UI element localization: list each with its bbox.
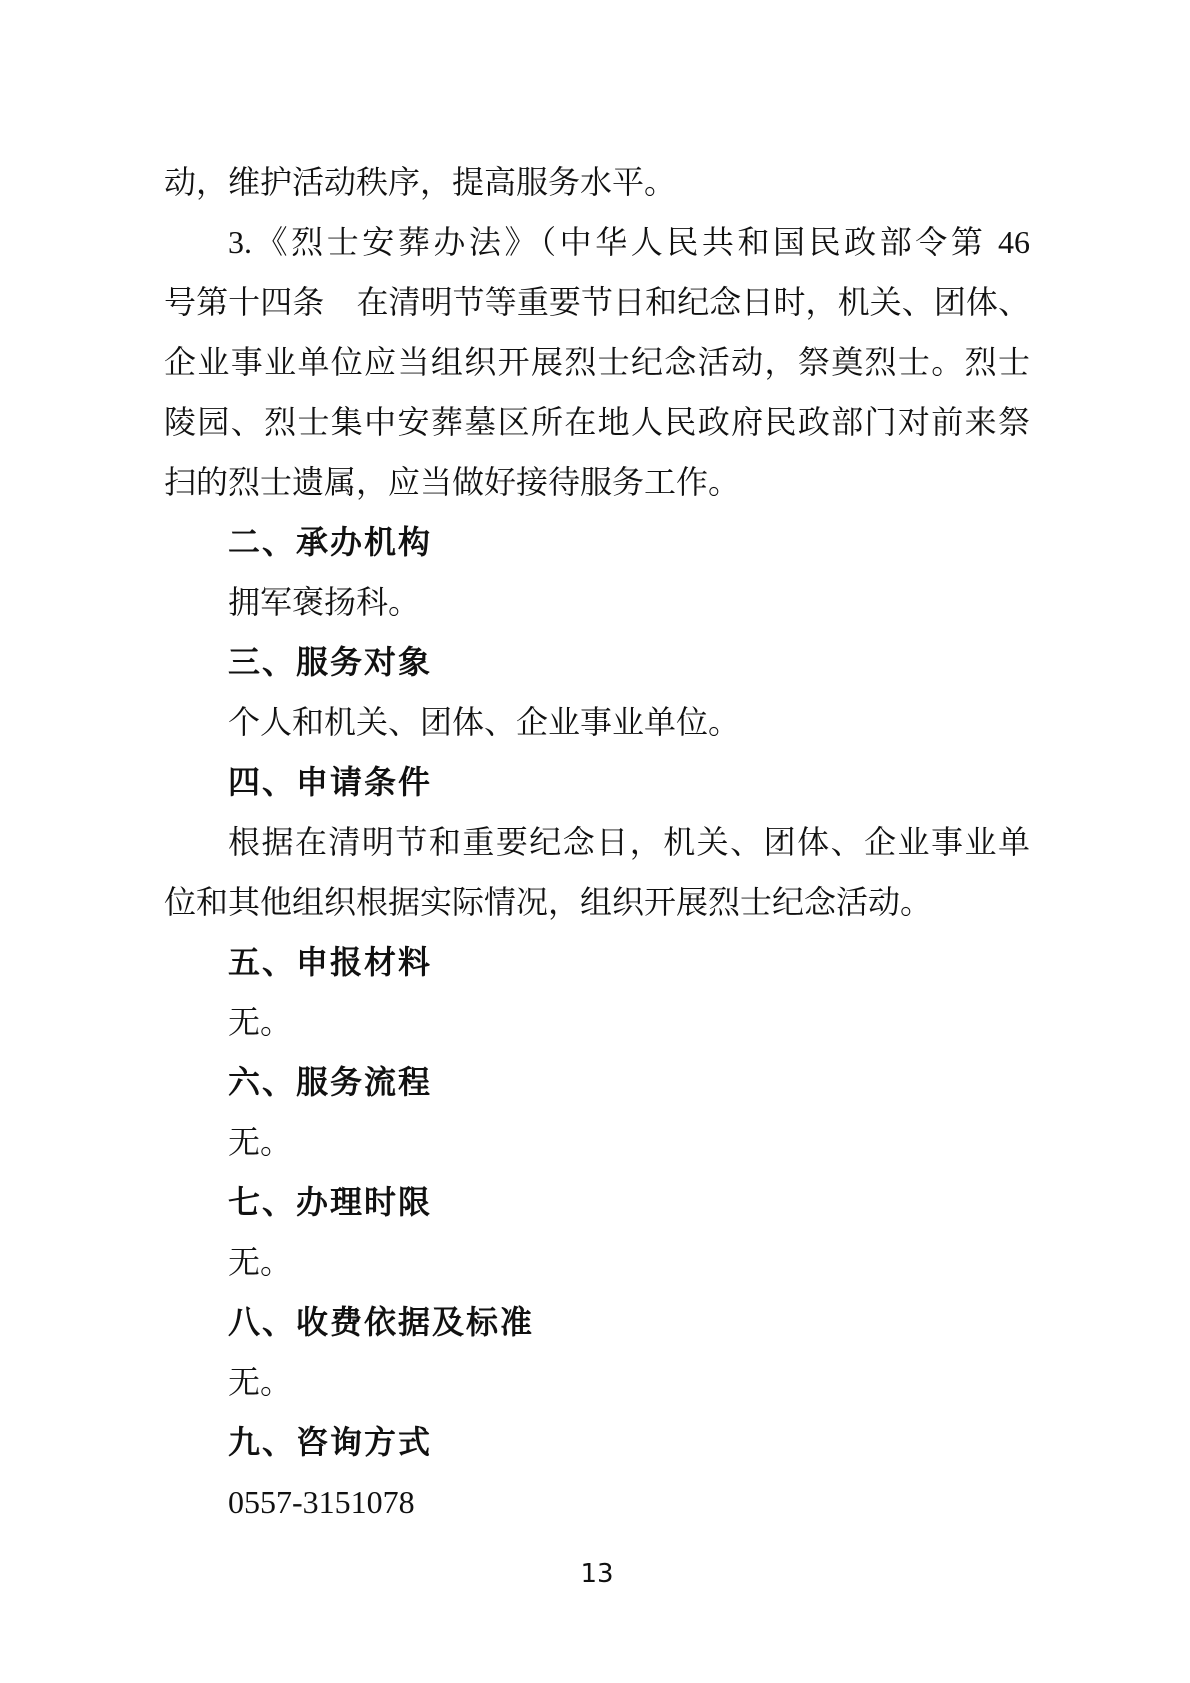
text-line: 无。 (164, 992, 1030, 1052)
text-line: 拥军褒扬科。 (164, 572, 1030, 632)
text-line: 企业事业单位应当组织开展烈士纪念活动，祭奠烈士。烈士 (164, 332, 1030, 392)
text-line: 扫的烈士遗属，应当做好接待服务工作。 (164, 452, 1030, 512)
text-line: 根据在清明节和重要纪念日，机关、团体、企业事业单 (164, 812, 1030, 872)
page-number: 13 (164, 1544, 1030, 1604)
section-heading: 九、咨询方式 (164, 1412, 1030, 1472)
text-line: 个人和机关、团体、企业事业单位。 (164, 692, 1030, 752)
text-line: 位和其他组织根据实际情况，组织开展烈士纪念活动。 (164, 872, 1030, 932)
section-heading: 八、收费依据及标准 (164, 1292, 1030, 1352)
text-line: 动，维护活动秩序，提高服务水平。 (164, 152, 1030, 212)
phone-number: 0557-3151078 (164, 1472, 1030, 1532)
document-page: 动，维护活动秩序，提高服务水平。 3.《烈士安葬办法》（中华人民共和国民政部令第… (0, 0, 1190, 1683)
section-heading: 五、申报材料 (164, 932, 1030, 992)
text-line: 3.《烈士安葬办法》（中华人民共和国民政部令第 46 (164, 212, 1030, 272)
section-heading: 六、服务流程 (164, 1052, 1030, 1112)
text-line: 无。 (164, 1232, 1030, 1292)
section-heading: 七、办理时限 (164, 1172, 1030, 1232)
text-line: 无。 (164, 1352, 1030, 1412)
text-line: 无。 (164, 1112, 1030, 1172)
document-body: 动，维护活动秩序，提高服务水平。 3.《烈士安葬办法》（中华人民共和国民政部令第… (164, 152, 1030, 1604)
section-heading: 二、承办机构 (164, 512, 1030, 572)
section-heading: 四、申请条件 (164, 752, 1030, 812)
section-heading: 三、服务对象 (164, 632, 1030, 692)
text-line: 号第十四条 在清明节等重要节日和纪念日时，机关、团体、 (164, 272, 1030, 332)
text-line: 陵园、烈士集中安葬墓区所在地人民政府民政部门对前来祭 (164, 392, 1030, 452)
